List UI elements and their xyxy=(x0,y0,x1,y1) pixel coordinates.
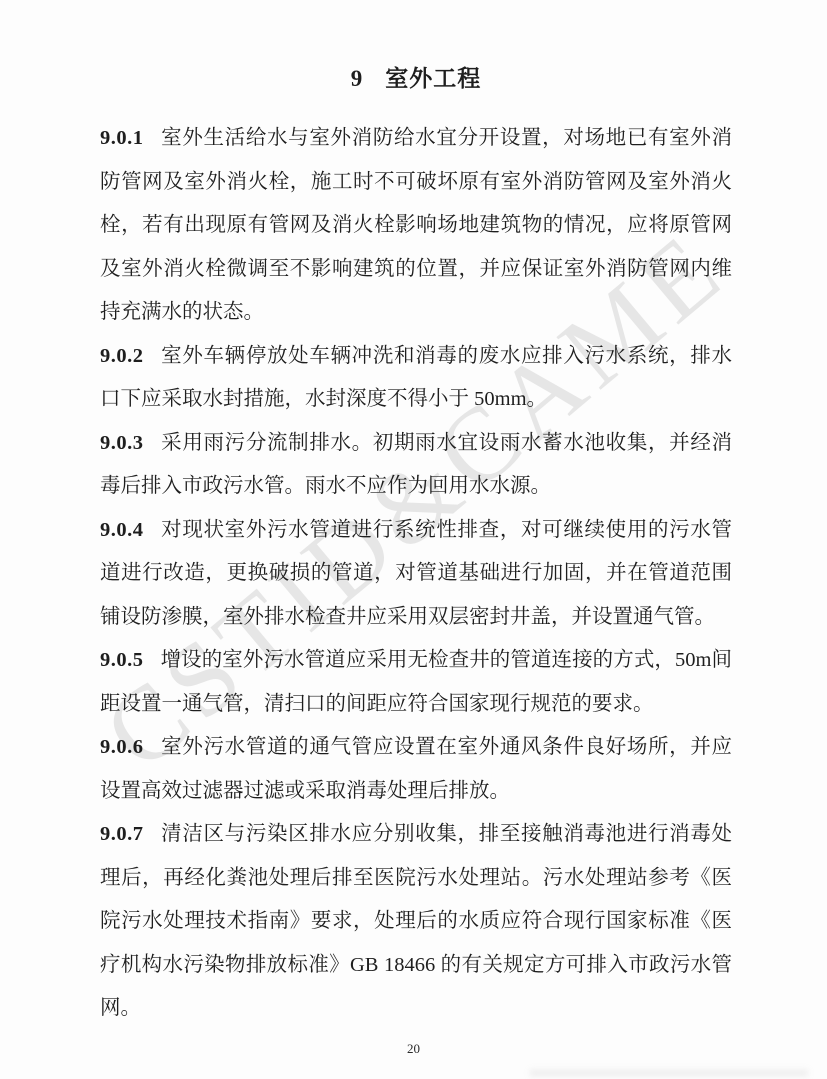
clause-number: 9.0.3 xyxy=(100,432,144,454)
clause-text: 清洁区与污染区排水应分别收集，排至接触消毒池进行消毒处理后，再经化粪池处理后排至… xyxy=(100,823,732,1019)
clause-number: 9.0.2 xyxy=(100,345,144,367)
chapter-heading: 9室外工程 xyxy=(100,60,732,93)
clause-text: 对现状室外污水管道进行系统性排查，对可继续使用的污水管道进行改造，更换破损的管道… xyxy=(100,519,732,628)
clause-paragraph: 9.0.7清洁区与污染区排水应分别收集，排至接触消毒池进行消毒处理后，再经化粪池… xyxy=(100,813,732,1031)
clause-text: 室外生活给水与室外消防给水宜分开设置，对场地已有室外消防管网及室外消火栓，施工时… xyxy=(100,127,732,323)
document-page: CSTID&CAME 9室外工程 9.0.1室外生活给水与室外消防给水宜分开设置… xyxy=(0,0,827,1079)
clause-number: 9.0.6 xyxy=(100,736,144,758)
clause-paragraph: 9.0.4对现状室外污水管道进行系统性排查，对可继续使用的污水管道进行改造，更换… xyxy=(100,509,732,640)
page-content: 9室外工程 9.0.1室外生活给水与室外消防给水宜分开设置，对场地已有室外消防管… xyxy=(0,0,827,1031)
chapter-number: 9 xyxy=(351,66,364,91)
clause-number: 9.0.5 xyxy=(100,649,144,671)
clause-paragraph: 9.0.6室外污水管道的通气管应设置在室外通风条件良好场所，并应设置高效过滤器过… xyxy=(100,726,732,813)
scan-artifact xyxy=(529,1069,809,1077)
clause-number: 9.0.1 xyxy=(100,127,144,149)
clause-text: 室外污水管道的通气管应设置在室外通风条件良好场所，并应设置高效过滤器过滤或采取消… xyxy=(100,736,732,802)
clause-text: 室外车辆停放处车辆冲洗和消毒的废水应排入污水系统，排水口下应采取水封措施，水封深… xyxy=(100,345,732,411)
clause-number: 9.0.4 xyxy=(100,519,144,541)
clause-text: 采用雨污分流制排水。初期雨水宜设雨水蓄水池收集，并经消毒后排入市政污水管。雨水不… xyxy=(100,432,732,498)
chapter-title: 室外工程 xyxy=(385,66,481,91)
clause-paragraph: 9.0.3采用雨污分流制排水。初期雨水宜设雨水蓄水池收集，并经消毒后排入市政污水… xyxy=(100,422,732,509)
clause-text: 增设的室外污水管道应采用无检查井的管道连接的方式，50m间距设置一通气管，清扫口… xyxy=(100,649,732,715)
page-number: 20 xyxy=(407,1041,420,1056)
clause-paragraph: 9.0.1室外生活给水与室外消防给水宜分开设置，对场地已有室外消防管网及室外消火… xyxy=(100,117,732,335)
clause-paragraph: 9.0.2室外车辆停放处车辆冲洗和消毒的废水应排入污水系统，排水口下应采取水封措… xyxy=(100,335,732,422)
page-footer: 20 xyxy=(0,1041,827,1057)
clause-number: 9.0.7 xyxy=(100,823,144,845)
clause-paragraph: 9.0.5增设的室外污水管道应采用无检查井的管道连接的方式，50m间距设置一通气… xyxy=(100,639,732,726)
